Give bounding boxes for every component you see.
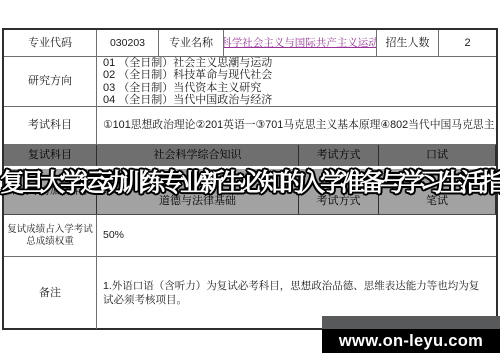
retest-mode-label: 考试方式 <box>299 145 379 166</box>
retest-subject-value: 社会科学综合知识 <box>97 145 299 166</box>
major-name-link[interactable]: 科学社会主义与国际共产主义运动 <box>224 37 377 50</box>
article-headline-overlay: 复旦大学运动训练专业新生必知的入学准备与学习生活指南 <box>0 168 500 198</box>
exam-subjects-label: 考试科目 <box>4 107 97 144</box>
retest-weight-label: 复试成绩占入学考试总成绩权重 <box>4 215 97 256</box>
major-name-label: 专业名称 <box>159 30 224 56</box>
table-row-research-directions: 研究方向 01 （全日制）社会主义思潮与运动 02 （全日制）科技革命与现代社会… <box>4 57 496 107</box>
watermark-url: www.on-leyu.com <box>322 329 500 353</box>
research-direction-item: 04 （全日制）当代中国政治与经济 <box>97 94 272 106</box>
table-row-major: 专业代码 030203 专业名称 科学社会主义与国际共产主义运动 招生人数 2 <box>4 30 496 57</box>
table-row-retest-weight: 复试成绩占入学考试总成绩权重 50% <box>4 215 496 257</box>
retest-mode-value: 口试 <box>379 145 496 166</box>
major-code-label: 专业代码 <box>4 30 97 56</box>
major-name-cell: 科学社会主义与国际共产主义运动 <box>224 30 377 56</box>
research-direction-item: 03 （全日制）当代资本主义研究 <box>97 82 261 95</box>
enrollment-label: 招生人数 <box>377 30 439 56</box>
page: 专业代码 030203 专业名称 科学社会主义与国际共产主义运动 招生人数 2 … <box>0 0 500 362</box>
research-directions-list: 01 （全日制）社会主义思潮与运动 02 （全日制）科技革命与现代社会 03 （… <box>97 57 496 106</box>
research-direction-item: 02 （全日制）科技革命与现代社会 <box>97 69 272 82</box>
table-row-exam-subjects: 考试科目 ①101思想政治理论②201英语一③701马克思主义基本原理④802当… <box>4 107 496 145</box>
watermark-top-band <box>322 316 500 329</box>
exam-subjects-value: ①101思想政治理论②201英语一③701马克思主义基本原理④802当代中国马克… <box>97 107 496 144</box>
remarks-label: 备注 <box>4 257 97 329</box>
research-directions-label: 研究方向 <box>4 57 97 106</box>
table-row-retest-subject: 复试科目 社会科学综合知识 考试方式 口试 <box>4 145 496 169</box>
major-code-value: 030203 <box>97 30 159 56</box>
research-direction-item: 01 （全日制）社会主义思潮与运动 <box>97 57 272 69</box>
retest-subject-label: 复试科目 <box>4 145 97 166</box>
enrollment-value: 2 <box>439 30 496 56</box>
retest-weight-value: 50% <box>97 215 496 256</box>
watermark-box: www.on-leyu.com <box>322 316 500 353</box>
